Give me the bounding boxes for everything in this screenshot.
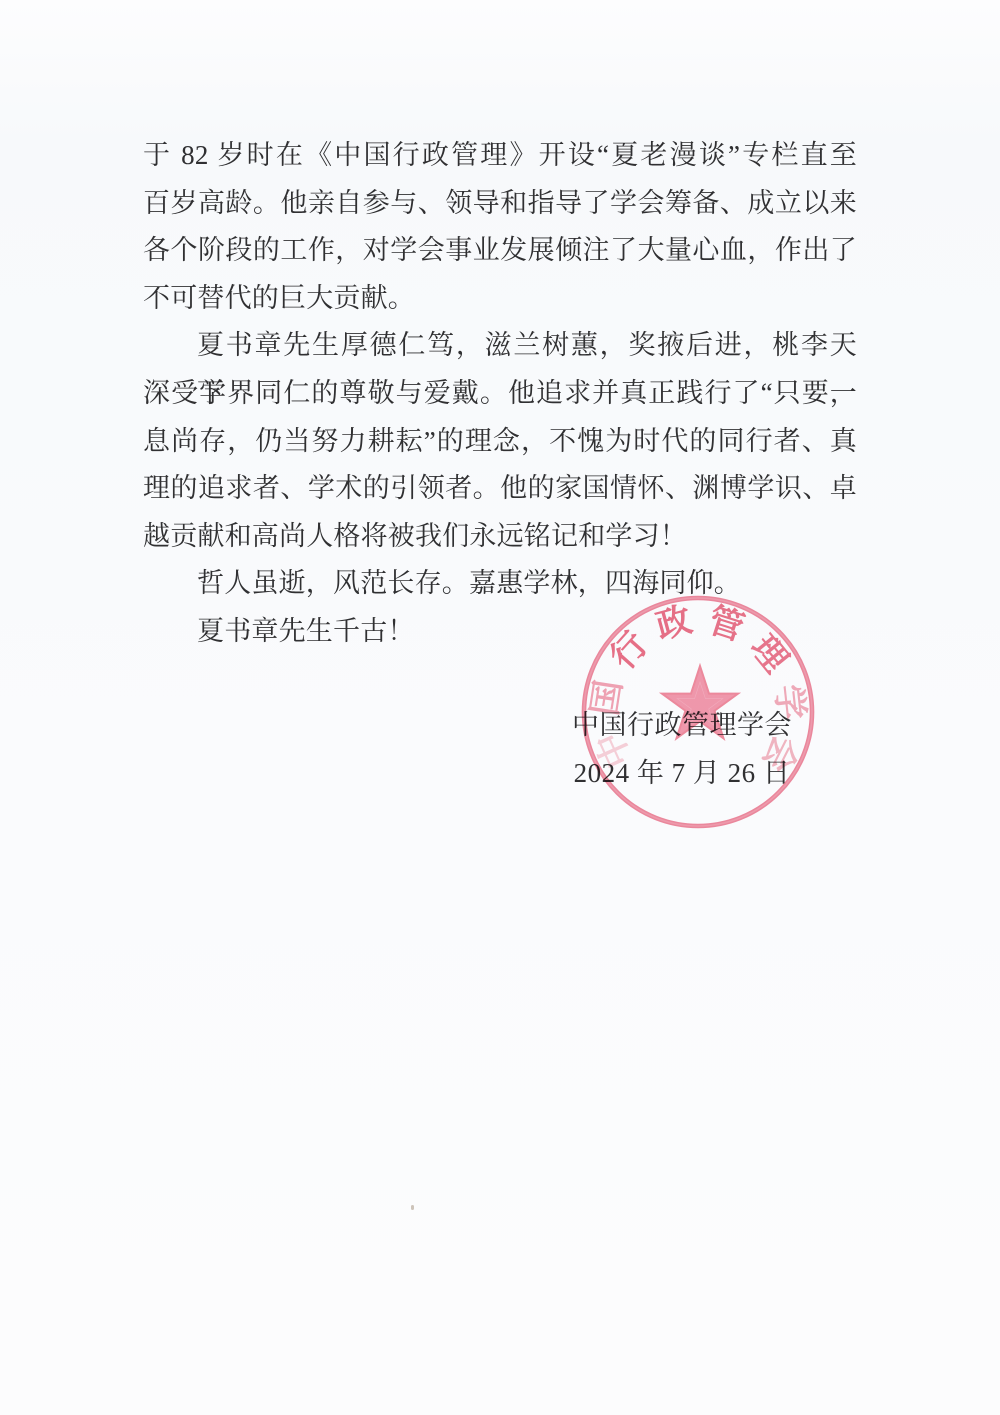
body-line: 越贡献和高尚人格将被我们永远铭记和学习！ <box>143 513 857 561</box>
body-line: 不可替代的巨大贡献。 <box>143 275 857 323</box>
signature-block: 中国行政管理学会 2024 年 7 月 26 日 <box>482 702 882 797</box>
body-line: 哲人虽逝，风范长存。嘉惠学林，四海同仰。 <box>143 560 857 608</box>
body-line: 百岁高龄。他亲自参与、领导和指导了学会筹备、成立以来 <box>143 180 857 228</box>
body-line: 各个阶段的工作，对学会事业发展倾注了大量心血，作出了 <box>143 227 857 275</box>
body-line: 夏书章先生厚德仁笃，滋兰树蕙，奖掖后进，桃李天下， <box>143 322 857 370</box>
body-line: 理的追求者、学术的引领者。他的家国情怀、渊博学识、卓 <box>143 465 857 513</box>
letter-page: 于 82 岁时在《中国行政管理》开设“夏老漫谈”专栏直至百岁高龄。他亲自参与、领… <box>0 0 1000 1415</box>
signature-date: 2024 年 7 月 26 日 <box>482 750 882 798</box>
dust-speck <box>411 1205 414 1210</box>
letter-body: 于 82 岁时在《中国行政管理》开设“夏老漫谈”专栏直至百岁高龄。他亲自参与、领… <box>143 132 857 656</box>
body-line: 夏书章先生千古！ <box>143 608 857 656</box>
body-line: 于 82 岁时在《中国行政管理》开设“夏老漫谈”专栏直至 <box>143 132 857 180</box>
organization-name: 中国行政管理学会 <box>482 702 882 750</box>
body-line: 深受学界同仁的尊敬与爱戴。他追求并真正践行了“只要一 <box>143 370 857 418</box>
body-line: 息尚存，仍当努力耕耘”的理念，不愧为时代的同行者、真 <box>143 418 857 466</box>
